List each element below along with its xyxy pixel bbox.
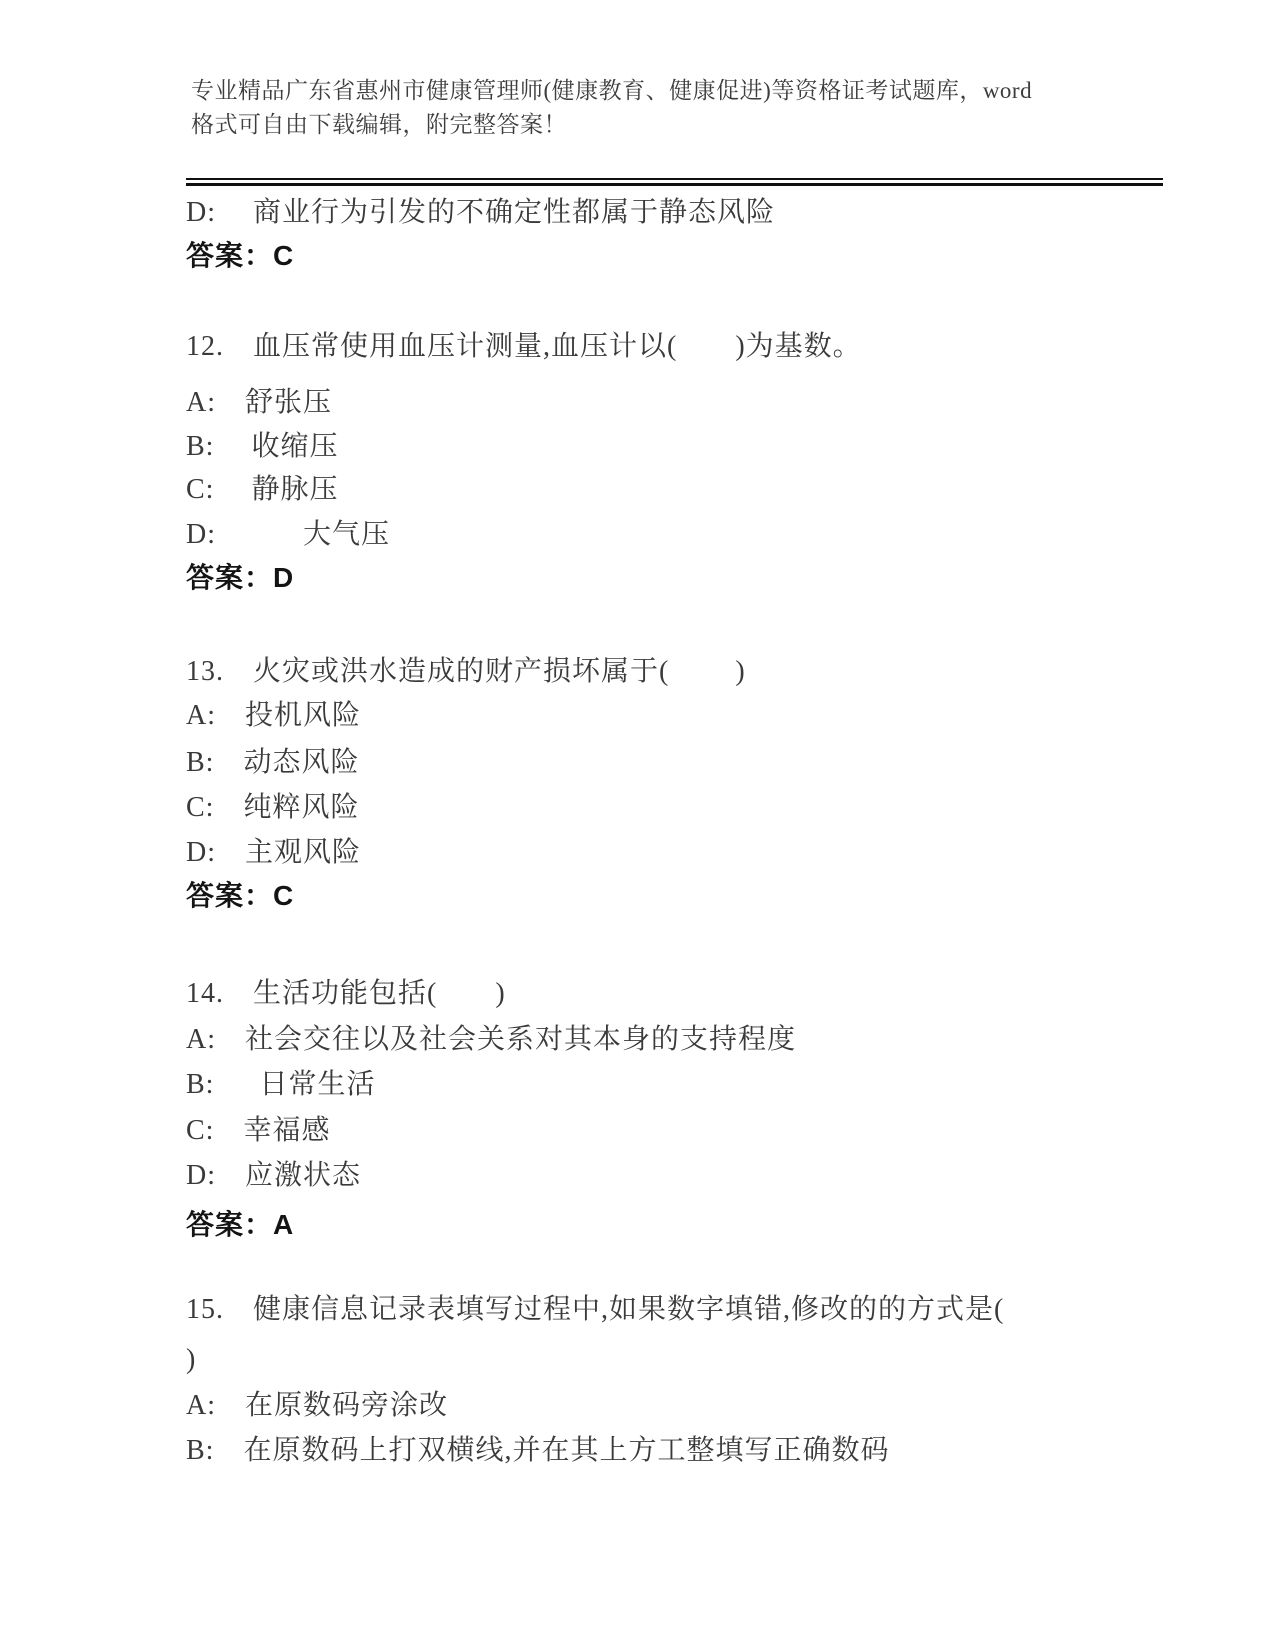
- question-12-option-d: D: 大气压: [186, 519, 390, 551]
- question-13-option-a: A: 投机风险: [186, 700, 361, 732]
- question-11-option-d: D: 商业行为引发的不确定性都属于静态风险: [186, 197, 775, 229]
- question-12-answer: 答案：D: [186, 562, 294, 594]
- question-14-option-a: A: 社会交往以及社会关系对其本身的支持程度: [186, 1024, 796, 1056]
- header-disclaimer-line1: 专业精品广东省惠州市健康管理师(健康教育、健康促进)等资格证考试题库，word: [191, 78, 1032, 103]
- question-12-title: 12. 血压常使用血压计测量,血压计以( )为基数。: [186, 331, 862, 363]
- question-13-answer: 答案：C: [186, 880, 294, 912]
- question-13-option-d: D: 主观风险: [186, 837, 361, 869]
- question-14-option-c: C: 幸福感: [186, 1115, 330, 1147]
- document-page: 专业精品广东省惠州市健康管理师(健康教育、健康促进)等资格证考试题库，word …: [0, 0, 1275, 1650]
- header-divider-rule: [186, 178, 1163, 186]
- question-12-option-a: A: 舒张压: [186, 387, 332, 419]
- question-15-option-a: A: 在原数码旁涂改: [186, 1390, 448, 1422]
- question-14-option-b: B: 日常生活: [186, 1069, 375, 1101]
- question-15-title-line2: ): [186, 1344, 196, 1376]
- question-12-option-c: C: 静脉压: [186, 474, 338, 506]
- question-14-title: 14. 生活功能包括( ): [186, 978, 506, 1010]
- question-15-title-line1: 15. 健康信息记录表填写过程中,如果数字填错,修改的的方式是(: [186, 1294, 1004, 1326]
- question-15-option-b: B: 在原数码上打双横线,并在其上方工整填写正确数码: [186, 1435, 889, 1467]
- question-12-option-b: B: 收缩压: [186, 431, 338, 463]
- question-13-option-c: C: 纯粹风险: [186, 792, 359, 824]
- question-13-option-b: B: 动态风险: [186, 747, 359, 779]
- question-14-option-d: D: 应激状态: [186, 1160, 361, 1192]
- question-11-answer: 答案：C: [186, 240, 294, 272]
- question-13-title: 13. 火灾或洪水造成的财产损坏属于( ): [186, 656, 746, 688]
- question-14-answer: 答案：A: [186, 1209, 294, 1241]
- header-disclaimer-line2: 格式可自由下载编辑，附完整答案！: [191, 112, 567, 137]
